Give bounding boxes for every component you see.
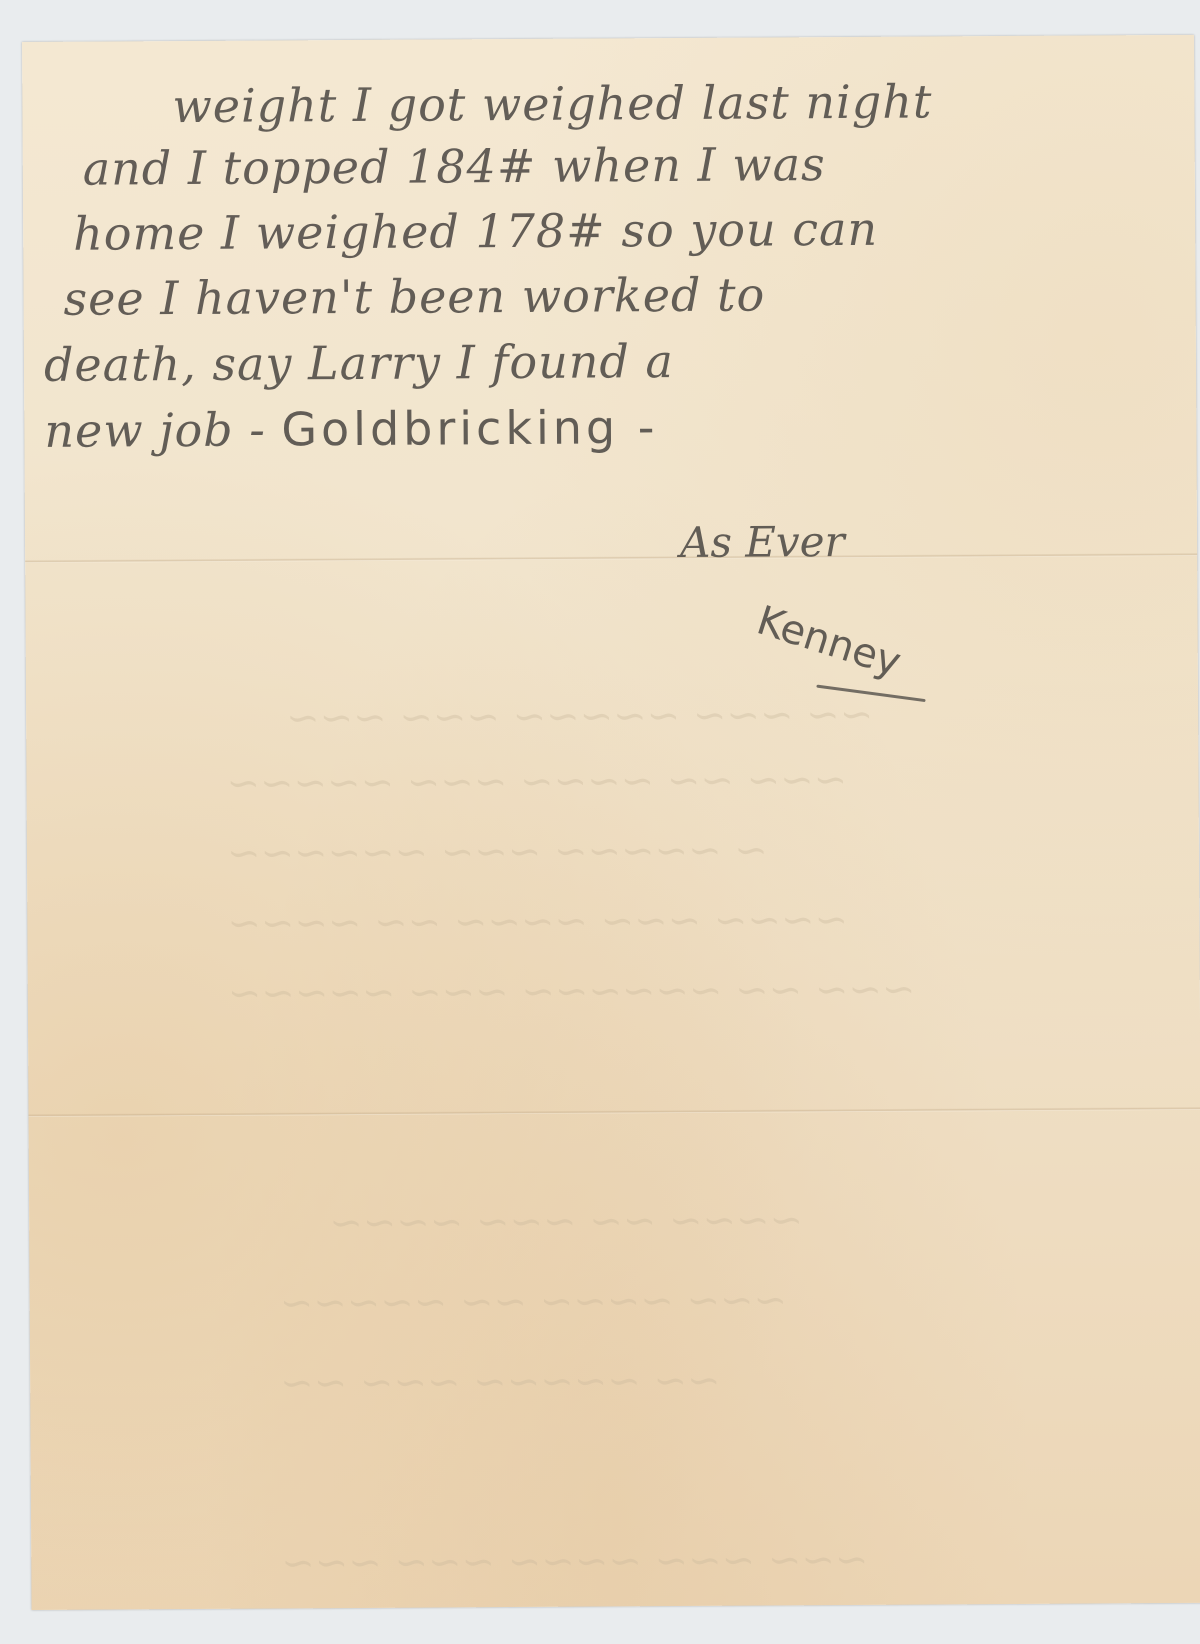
letter-line-6: new job - Goldbricking - bbox=[44, 400, 658, 458]
bleed-through-text: ~~~~ ~~~ ~~~~ ~~ ~~~~ bbox=[227, 897, 848, 947]
letter-closing: As Ever bbox=[680, 517, 845, 567]
bleed-through-text: ~~~~ ~~ ~~~ ~~~~ bbox=[329, 1197, 803, 1246]
letter-line-6-text: new job - bbox=[44, 403, 266, 458]
letter-line-2: and I topped 184# when I was bbox=[83, 137, 826, 196]
letter-page: weight I got weighed last night and I to… bbox=[22, 35, 1200, 1610]
bleed-through-text: ~~ ~~~ ~~~~~ ~~~ ~~~ bbox=[286, 692, 873, 742]
bleed-through-text: ~~~ ~~~~ ~~ ~~~~~ bbox=[280, 1277, 788, 1326]
letter-signature: Kenney bbox=[751, 597, 906, 686]
fold-line bbox=[29, 1107, 1200, 1117]
bleed-through-text: ~~ ~~~~~ ~~~ ~~ bbox=[280, 1358, 721, 1407]
bleed-through-text: ~~~ ~~~ ~~~~ ~~~ ~~~ bbox=[281, 1537, 868, 1587]
letter-line-5: death, say Larry I found a bbox=[44, 334, 674, 392]
letter-line-1: weight I got weighed last night bbox=[172, 74, 932, 133]
bleed-through-text: ~ ~~~~~ ~~~ ~~~~~~ bbox=[227, 827, 768, 876]
bleed-through-text: ~~~ ~~ ~~~~~~ ~~~ ~~~~~ bbox=[228, 967, 916, 1017]
fold-line bbox=[25, 553, 1197, 563]
printed-word: Goldbricking - bbox=[281, 400, 658, 456]
letter-line-4: see I haven't been worked to bbox=[63, 267, 765, 325]
letter-line-3: home I weighed 178# so you can bbox=[73, 202, 878, 261]
bleed-through-text: ~~~ ~~ ~~~~ ~~~ ~~~~~ bbox=[226, 757, 847, 807]
